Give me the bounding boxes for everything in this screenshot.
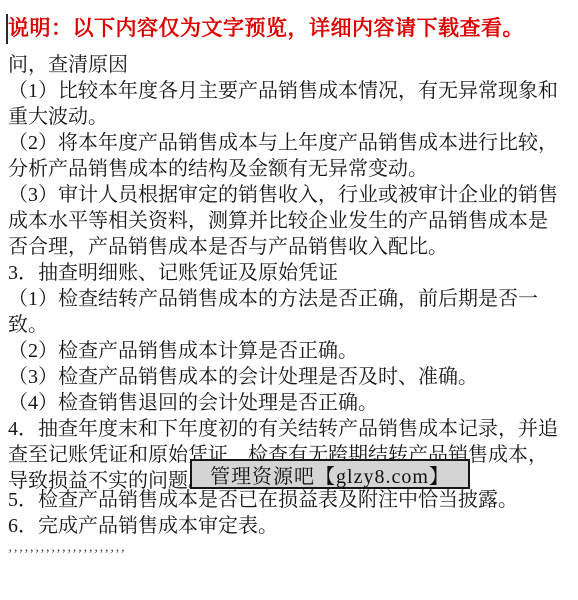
text-line: 问，查清原因: [8, 52, 572, 78]
text-line: （1）检查结转产品销售成本的方法是否正确，前后期是否一: [8, 286, 572, 312]
text-line: 5．检查产品销售成本是否已在损益表及附注中恰当披露。: [8, 487, 572, 513]
ellipsis-line: ’’’’’’’’’’’’’’’’’’’’’’: [8, 539, 572, 567]
text-line: （4）检查销售退回的会计处理是否正确。: [8, 390, 572, 416]
text-line: （1）比较本年度各月主要产品销售成本情况，有无异常现象和: [8, 78, 572, 104]
document-body: 问，查清原因 （1）比较本年度各月主要产品销售成本情况，有无异常现象和 重大波动…: [8, 52, 572, 567]
text-line: 重大波动。: [8, 104, 572, 130]
watermark-badge: 管理资源吧【glzy8.com】: [190, 459, 470, 489]
text-line: 3．抽查明细账、记账凭证及原始凭证: [8, 260, 572, 286]
text-line: （3）检查产品销售成本的会计处理是否及时、准确。: [8, 364, 572, 390]
text-line: 致。: [8, 312, 572, 338]
text-line: （2）检查产品销售成本计算是否正确。: [8, 338, 572, 364]
text-line: 成本水平等相关资料，测算并比较企业发生的产品销售成本是: [8, 208, 572, 234]
document-preview-page: 说明：以下内容仅为文字预览，详细内容请下载查看。 问，查清原因 （1）比较本年度…: [0, 0, 578, 600]
preview-notice: 说明：以下内容仅为文字预览，详细内容请下载查看。: [8, 13, 524, 43]
watermark-label: 管理资源吧【glzy8.com】: [210, 460, 450, 489]
text-line: 4．抽查年度末和下年度初的有关结转产品销售成本记录，并追: [8, 416, 572, 442]
text-line: （2）将本年度产品销售成本与上年度产品销售成本进行比较，: [8, 130, 572, 156]
text-line: 6．完成产品销售成本审定表。: [8, 513, 572, 539]
text-line: （3）审计人员根据审定的销售收入，行业或被审计企业的销售: [8, 182, 572, 208]
text-line: 分析产品销售成本的结构及金额有无异常变动。: [8, 156, 572, 182]
text-line: 否合理，产品销售成本是否与产品销售收入配比。: [8, 234, 572, 260]
